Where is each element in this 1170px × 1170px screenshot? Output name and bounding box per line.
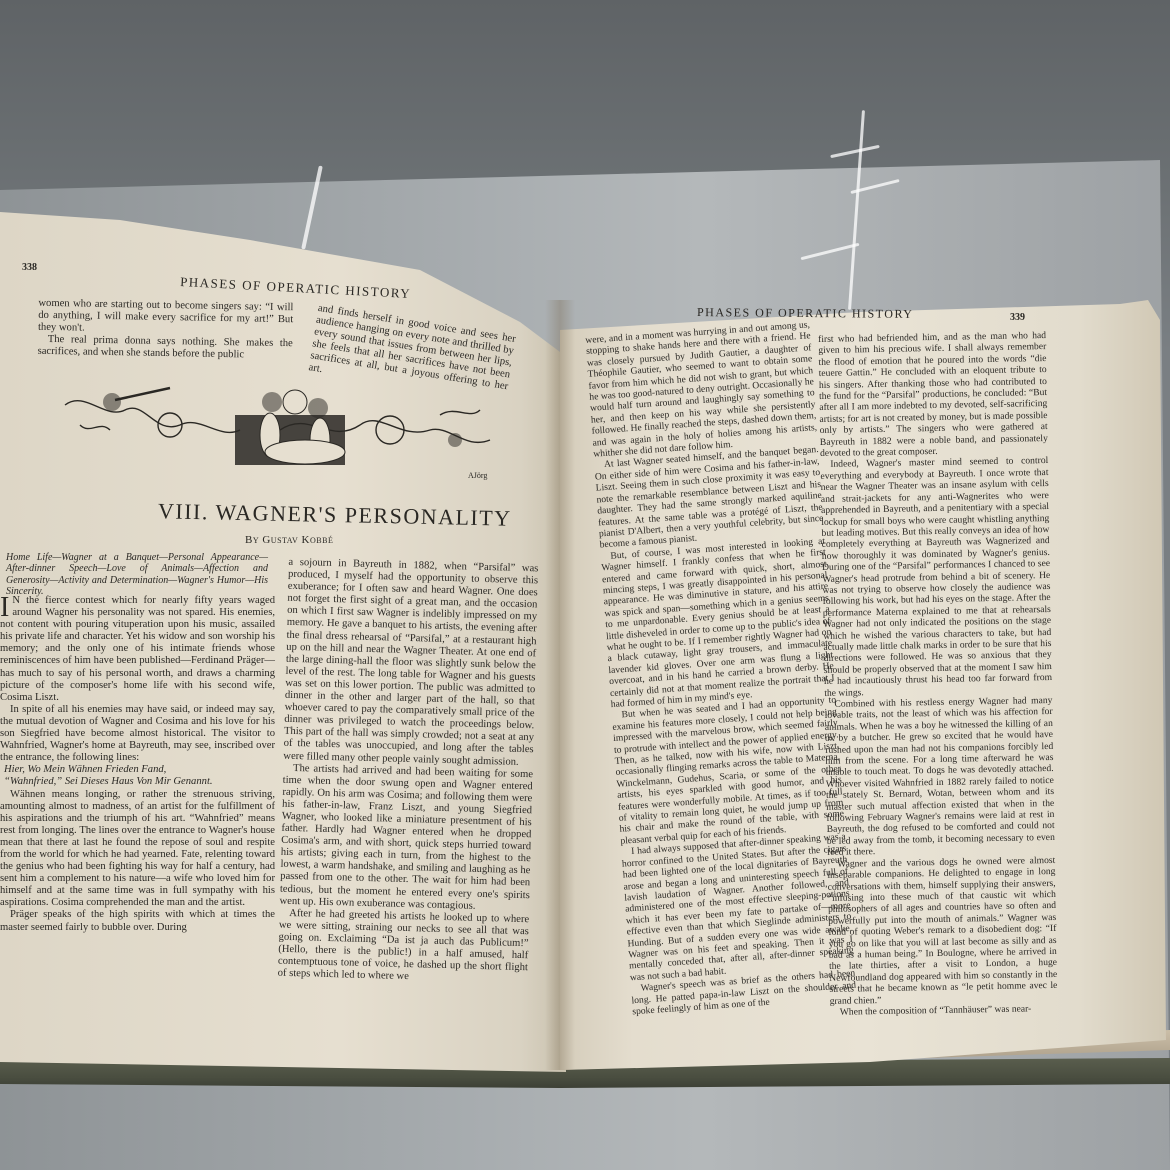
paragraph: The real prima donna says nothing. She m… (37, 334, 292, 363)
paragraph: After he had greeted his artists he look… (278, 907, 530, 986)
paragraph: first who had befriended him, and as the… (818, 330, 1048, 459)
page-number-left: 338 (22, 262, 37, 273)
paragraph: IN the fierce contest which for nearly f… (0, 595, 275, 704)
chapter-synopsis: Home Life—Wagner at a Banquet—Personal A… (6, 552, 268, 597)
paragraph: Wähnen means longing, or rather the stre… (0, 789, 275, 910)
paragraph: At last Wagner seated himself, and the b… (594, 444, 825, 551)
paragraph: But, of course, I was most interested in… (600, 535, 836, 710)
paragraph: Combined with his restless energy Wagner… (824, 695, 1055, 859)
paragraph: But when he was seated and I had an oppo… (611, 695, 845, 847)
verse-line: “Wahnfried,” Sei Dieses Haus Von Mir Gen… (0, 776, 275, 788)
right-page-col1: were, and in a moment was hurrying in an… (585, 319, 857, 1017)
left-top-col1: women who are starting out to become sin… (37, 298, 293, 363)
byline: By Gustav Kobbé (245, 534, 333, 546)
paragraph: In spite of all his enemies may have sai… (0, 704, 275, 764)
paragraph: women who are starting out to become sin… (38, 298, 294, 339)
page-number-right: 339 (1010, 312, 1025, 323)
paragraph: Präger speaks of the high spirits with w… (0, 909, 275, 933)
book-gutter (545, 300, 575, 1070)
left-page-col2: a sojourn in Bayreuth in 1882, when “Par… (278, 557, 539, 987)
paragraph: The artists had arrived and had been wai… (279, 762, 533, 914)
paragraph: a sojourn in Bayreuth in 1882, when “Par… (283, 557, 538, 769)
verse-line: Hier, Wo Mein Wähnen Frieden Fand, (0, 764, 275, 776)
paragraph: Indeed, Wagner's master mind seemed to c… (820, 455, 1052, 698)
decorative-headpiece: AJörg (60, 380, 500, 490)
paragraph: I had always supposed that after-dinner … (621, 831, 855, 983)
svg-text:AJörg: AJörg (468, 471, 487, 480)
paragraph: Wagner and the various dogs he owned wer… (827, 855, 1058, 1007)
drop-cap: I (0, 597, 9, 619)
paragraph: were, and in a moment was hurrying in an… (585, 319, 818, 460)
right-page-col2: first who had befriended him, and as the… (818, 330, 1058, 1018)
left-page-col1: IN the fierce contest which for nearly f… (0, 595, 275, 934)
